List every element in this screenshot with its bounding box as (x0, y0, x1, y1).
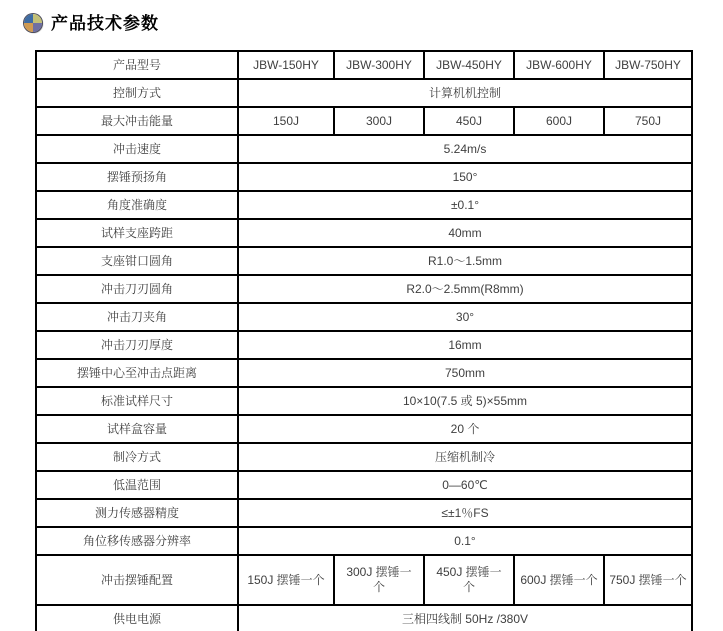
table-row: 冲击速度5.24m/s (36, 135, 692, 163)
value-cell-span: 三相四线制 50Hz /380V (238, 605, 692, 631)
value-cell-span: R1.0～1.5mm (238, 247, 692, 275)
value-cell: 300J 摆锤一 个 (334, 555, 424, 605)
row-label: 冲击刀刃厚度 (36, 331, 238, 359)
value-cell-span: 40mm (238, 219, 692, 247)
value-cell-span: 150° (238, 163, 692, 191)
pie-chart-icon (24, 14, 42, 32)
table-row: 冲击刀夹角30° (36, 303, 692, 331)
value-cell-span: 10×10(7.5 或 5)×55mm (238, 387, 692, 415)
value-cell-span: 0.1° (238, 527, 692, 555)
table-row: 摆锤中心至冲击点距离750mm (36, 359, 692, 387)
row-label: 冲击速度 (36, 135, 238, 163)
value-cell-span: ≤±1％FS (238, 499, 692, 527)
value-cell-span: 5.24m/s (238, 135, 692, 163)
row-label: 试样支座跨距 (36, 219, 238, 247)
table-row: 冲击刀刃厚度16mm (36, 331, 692, 359)
table-row: 标准试样尺寸10×10(7.5 或 5)×55mm (36, 387, 692, 415)
row-label: 冲击摆锤配置 (36, 555, 238, 605)
row-label: 支座钳口圆角 (36, 247, 238, 275)
table-row: 支座钳口圆角R1.0～1.5mm (36, 247, 692, 275)
value-cell: 450J 摆锤一 个 (424, 555, 514, 605)
table-row: 控制方式计算机机控制 (36, 79, 692, 107)
table-row: 产品型号JBW-150HYJBW-300HYJBW-450HYJBW-600HY… (36, 51, 692, 79)
row-label: 制冷方式 (36, 443, 238, 471)
value-cell: 300J (334, 107, 424, 135)
value-cell-span: 压缩机制冷 (238, 443, 692, 471)
row-label: 角度准确度 (36, 191, 238, 219)
table-row: 测力传感器精度≤±1％FS (36, 499, 692, 527)
value-cell: JBW-300HY (334, 51, 424, 79)
value-cell: JBW-750HY (604, 51, 692, 79)
value-cell-span: 0—60℃ (238, 471, 692, 499)
page-header: 产品技术参数 (0, 0, 723, 37)
row-label: 低温范围 (36, 471, 238, 499)
row-label: 冲击刀刃圆角 (36, 275, 238, 303)
value-cell-span: ±0.1° (238, 191, 692, 219)
table-row: 低温范围0—60℃ (36, 471, 692, 499)
value-cell: 600J (514, 107, 604, 135)
value-cell-span: 20 个 (238, 415, 692, 443)
table-row: 试样盒容量20 个 (36, 415, 692, 443)
row-label: 摆锤中心至冲击点距离 (36, 359, 238, 387)
value-cell-span: 计算机机控制 (238, 79, 692, 107)
row-label: 测力传感器精度 (36, 499, 238, 527)
table-row: 角位移传感器分辨率0.1° (36, 527, 692, 555)
value-cell-span: 16mm (238, 331, 692, 359)
row-label: 试样盒容量 (36, 415, 238, 443)
row-label: 供电电源 (36, 605, 238, 631)
value-cell: JBW-600HY (514, 51, 604, 79)
table-row: 供电电源三相四线制 50Hz /380V (36, 605, 692, 631)
pie-quadrant-bottom-right (33, 23, 42, 32)
table-row: 制冷方式压缩机制冷 (36, 443, 692, 471)
row-label: 控制方式 (36, 79, 238, 107)
table-row: 试样支座跨距40mm (36, 219, 692, 247)
value-cell: 150J (238, 107, 334, 135)
row-label: 标准试样尺寸 (36, 387, 238, 415)
pie-quadrant-bottom-left (24, 23, 33, 32)
table-row: 冲击刀刃圆角R2.0～2.5mm(R8mm) (36, 275, 692, 303)
row-label: 冲击刀夹角 (36, 303, 238, 331)
row-label: 摆锤预扬角 (36, 163, 238, 191)
specs-table: 产品型号JBW-150HYJBW-300HYJBW-450HYJBW-600HY… (35, 50, 693, 631)
row-label: 产品型号 (36, 51, 238, 79)
table-row: 角度准确度±0.1° (36, 191, 692, 219)
page-title: 产品技术参数 (51, 15, 159, 32)
value-cell: 450J (424, 107, 514, 135)
table-row: 摆锤预扬角150° (36, 163, 692, 191)
value-cell: 750J 摆锤一个 (604, 555, 692, 605)
value-cell: 150J 摆锤一个 (238, 555, 334, 605)
value-cell: JBW-450HY (424, 51, 514, 79)
pie-quadrant-top-right (33, 14, 42, 23)
specs-table-body: 产品型号JBW-150HYJBW-300HYJBW-450HYJBW-600HY… (36, 51, 692, 631)
pie-quadrant-top-left (24, 14, 33, 23)
value-cell: 750J (604, 107, 692, 135)
row-label: 角位移传感器分辨率 (36, 527, 238, 555)
value-cell-span: 750mm (238, 359, 692, 387)
value-cell: 600J 摆锤一个 (514, 555, 604, 605)
row-label: 最大冲击能量 (36, 107, 238, 135)
value-cell-span: 30° (238, 303, 692, 331)
value-cell: JBW-150HY (238, 51, 334, 79)
table-row: 最大冲击能量150J300J450J600J750J (36, 107, 692, 135)
table-row: 冲击摆锤配置150J 摆锤一个300J 摆锤一 个450J 摆锤一 个600J … (36, 555, 692, 605)
value-cell-span: R2.0～2.5mm(R8mm) (238, 275, 692, 303)
